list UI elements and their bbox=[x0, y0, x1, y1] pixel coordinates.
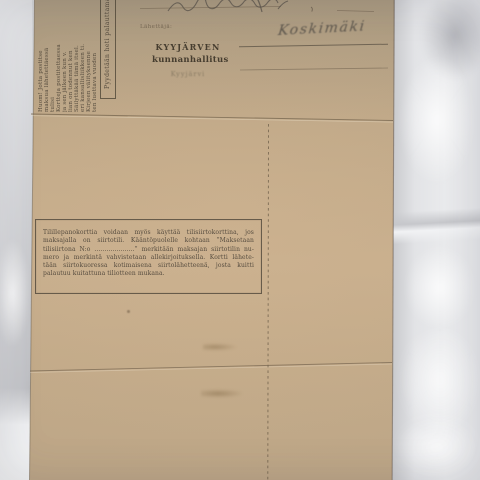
photo-of-giro-card: Huom! Jotta postitse maksua lähetettäess… bbox=[0, 0, 480, 480]
margin-note-rotated: Huom! Jotta postitse maksua lähetettäess… bbox=[38, 0, 98, 112]
sender-organization: KYYJÄRVEN bbox=[152, 42, 224, 52]
sender-place: Kyyjärvi bbox=[152, 70, 224, 78]
instruction-text-line: mero ja merkintä vahvistetaan allekirjoi… bbox=[43, 254, 254, 261]
card-content: Huom! Jotta postitse maksua lähetettäess… bbox=[0, 0, 480, 480]
instruction-text-line: maksajalla on siirtotili. Kääntöpuolelle… bbox=[43, 237, 254, 244]
sender-label: Lähettäjä: bbox=[140, 24, 172, 30]
sender-organization-line2: kunnanhallitus bbox=[152, 55, 224, 65]
return-request-box: Pyydetään heti palauttamaan bbox=[100, 0, 116, 99]
instruction-text-line: tilisiirtona N:o ....................” m… bbox=[43, 246, 254, 253]
margin-note-line: ten luettava vuoden bbox=[92, 0, 98, 112]
instruction-text-line: tään siirtokuoressa kotimaisena siirtolä… bbox=[43, 262, 254, 269]
sender-block: KYYJÄRVEN kunnanhallitus Kyyjärvi bbox=[152, 42, 224, 78]
instruction-box: Tilillepanokorttia voidaan myös käyttää … bbox=[35, 219, 262, 294]
instruction-text-line: palautuu kuitattuna tiliotteen mukana. bbox=[43, 270, 165, 277]
handwritten-recipient: Koskimäki bbox=[277, 17, 399, 39]
instruction-text-line: Tilillepanokorttia voidaan myös käyttää … bbox=[43, 229, 254, 236]
